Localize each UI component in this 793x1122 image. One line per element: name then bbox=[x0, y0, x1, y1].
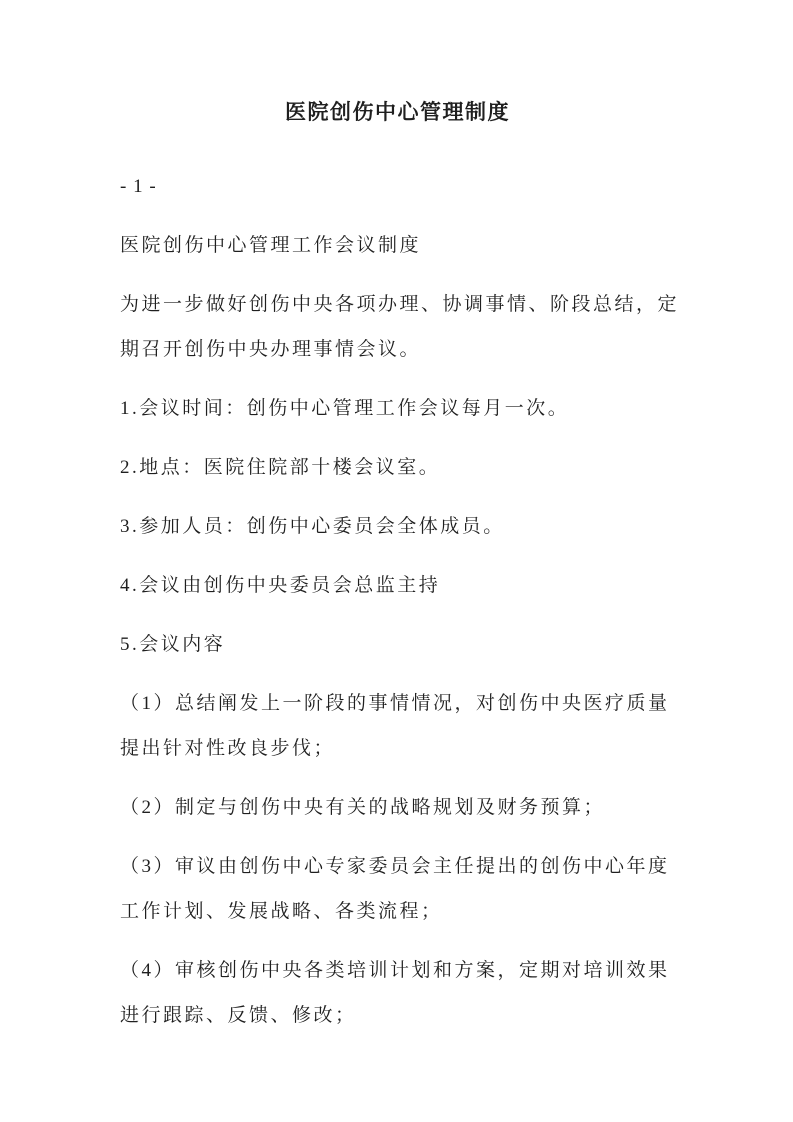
page-number-marker: - 1 - bbox=[120, 164, 675, 209]
paragraph-intro: 为进一步做好创伤中央各项办理、协调事情、阶段总结，定 期召开创伤中央办理事情会议… bbox=[120, 282, 675, 372]
paragraph-line: 2.地点：医院住院部十楼会议室。 bbox=[120, 445, 675, 490]
paragraph-subtitle: 医院创伤中心管理工作会议制度 bbox=[120, 223, 675, 268]
paragraph-line: 3.参加人员：创伤中心委员会全体成员。 bbox=[120, 504, 675, 549]
paragraph-item-1: 1.会议时间：创伤中心管理工作会议每月一次。 bbox=[120, 386, 675, 431]
paragraph-line: （1）总结阐发上一阶段的事情情况，对创伤中央医疗质量 bbox=[120, 681, 675, 726]
paragraph-sub-item-4: （4）审核创伤中央各类培训计划和方案，定期对培训效果 进行跟踪、反馈、修改； bbox=[120, 948, 675, 1038]
document-title: 医院创伤中心管理制度 bbox=[120, 96, 675, 128]
paragraph-line: 工作计划、发展战略、各类流程； bbox=[120, 889, 675, 934]
paragraph-sub-item-1: （1）总结阐发上一阶段的事情情况，对创伤中央医疗质量 提出针对性改良步伐； bbox=[120, 681, 675, 771]
paragraph-item-4: 4.会议由创伤中央委员会总监主持 bbox=[120, 563, 675, 608]
paragraph-line: （4）审核创伤中央各类培训计划和方案，定期对培训效果 bbox=[120, 948, 675, 993]
paragraph-item-3: 3.参加人员：创伤中心委员会全体成员。 bbox=[120, 504, 675, 549]
document-page: 医院创伤中心管理制度 - 1 - 医院创伤中心管理工作会议制度 为进一步做好创伤… bbox=[0, 0, 793, 1122]
paragraph-line: 4.会议由创伤中央委员会总监主持 bbox=[120, 563, 675, 608]
paragraph-line: 提出针对性改良步伐； bbox=[120, 726, 675, 771]
paragraph-line: 医院创伤中心管理工作会议制度 bbox=[120, 223, 675, 268]
paragraph-sub-item-2: （2）制定与创伤中央有关的战略规划及财务预算； bbox=[120, 785, 675, 830]
paragraph-line: 5.会议内容 bbox=[120, 622, 675, 667]
paragraph-line: （2）制定与创伤中央有关的战略规划及财务预算； bbox=[120, 785, 675, 830]
paragraph-line: 进行跟踪、反馈、修改； bbox=[120, 993, 675, 1038]
paragraph-line: 为进一步做好创伤中央各项办理、协调事情、阶段总结，定 bbox=[120, 282, 675, 327]
paragraph-line: 1.会议时间：创伤中心管理工作会议每月一次。 bbox=[120, 386, 675, 431]
paragraph-item-2: 2.地点：医院住院部十楼会议室。 bbox=[120, 445, 675, 490]
paragraph-sub-item-3: （3）审议由创伤中心专家委员会主任提出的创伤中心年度 工作计划、发展战略、各类流… bbox=[120, 844, 675, 934]
paragraph-line: （3）审议由创伤中心专家委员会主任提出的创伤中心年度 bbox=[120, 844, 675, 889]
paragraph-line: 期召开创伤中央办理事情会议。 bbox=[120, 327, 675, 372]
paragraph-item-5: 5.会议内容 bbox=[120, 622, 675, 667]
